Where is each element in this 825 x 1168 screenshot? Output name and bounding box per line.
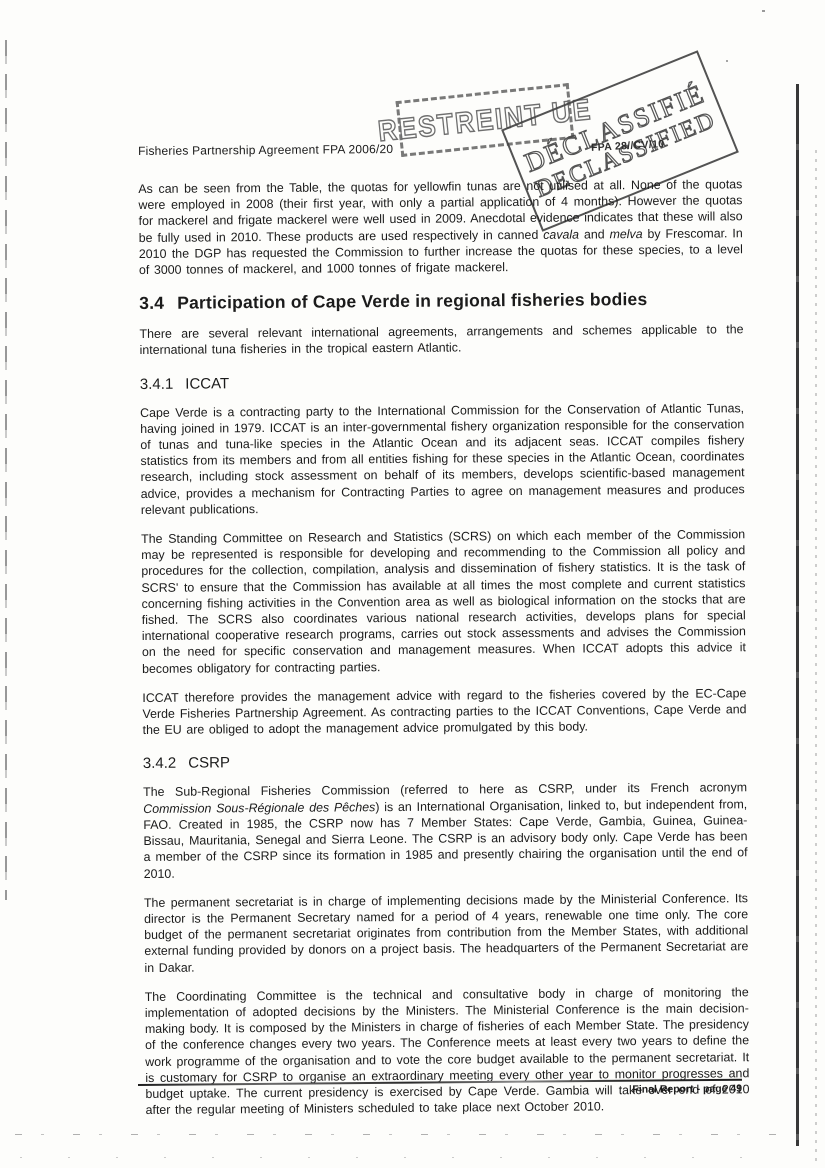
scan-noise-line-2 <box>20 1157 780 1158</box>
subsection-number: 3.4.1 <box>140 375 174 392</box>
document-content: Fisheries Partnership Agreement FPA 2006… <box>138 139 750 1131</box>
running-header: Fisheries Partnership Agreement FPA 2006… <box>138 139 742 158</box>
paragraph-iccat-1: Cape Verde is a contracting party to the… <box>140 400 745 518</box>
section-number: 3.4 <box>139 293 164 313</box>
subsection-heading-3-4-1: 3.4.1ICCAT <box>140 371 744 393</box>
document-page: RESTREINT UE DÉCLASSIFIÉ DECLASSIFIED FP… <box>0 0 825 1168</box>
subsection-heading-3-4-2: 3.4.2CSRP <box>143 751 747 773</box>
subsection-number: 3.4.2 <box>143 755 177 772</box>
scan-edge-right-faint <box>815 150 817 1162</box>
scan-speck <box>762 10 765 12</box>
section-title: Participation of Cape Verde in regional … <box>177 289 647 313</box>
subsection-title: ICCAT <box>185 375 229 392</box>
scan-noise-line-1 <box>15 1134 795 1135</box>
scan-speck <box>726 60 728 62</box>
paragraph-csrp-1: The Sub-Regional Fisheries Commission (r… <box>143 780 748 882</box>
subsection-title: CSRP <box>188 755 230 772</box>
scan-edge-right <box>796 84 799 1146</box>
paragraph-iccat-2: The Standing Committee on Research and S… <box>141 526 746 677</box>
scan-edge-left <box>5 40 7 900</box>
section-heading-3-4: 3.4Participation of Cape Verde in region… <box>139 288 743 314</box>
paragraph-csrp-2: The permanent secretariat is in charge o… <box>144 890 749 976</box>
paragraph-iccat-3: ICCAT therefore provides the management … <box>142 685 746 738</box>
paragraph-quota-usage: As can be seen from the Table, the quota… <box>138 176 743 278</box>
paragraph-section-intro: There are several relevant international… <box>139 321 743 358</box>
